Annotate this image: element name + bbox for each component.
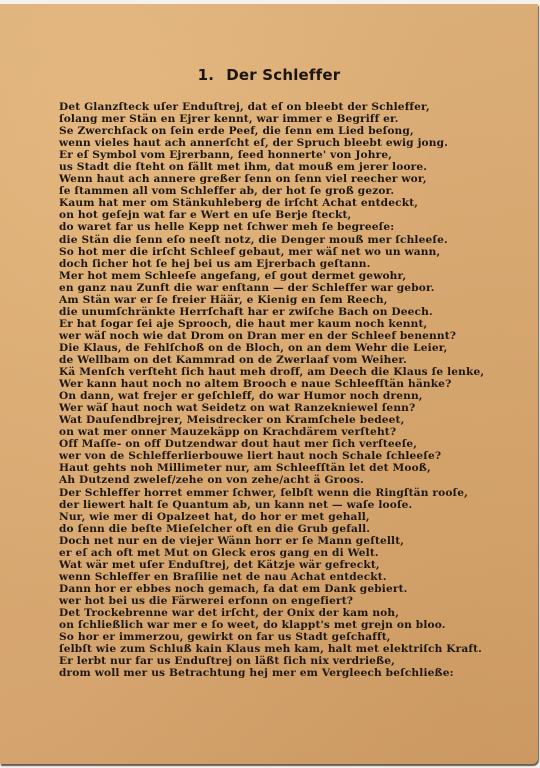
poem-line: Die Klaus, de Fehlſchoß on de Bloch, on …	[59, 342, 534, 354]
poem-line: On dann, wat frejer er geſchleff, do war…	[59, 390, 534, 402]
poem-line: Kä Menſch verſteht ſich haut meh droff, …	[59, 366, 534, 378]
poem-line: Doch net nur en de viejer Wänn horr er ſ…	[59, 535, 534, 547]
poem-line: wer hot bei us die Färwerei erfonn on en…	[59, 595, 534, 607]
poem-line: on hot geſejn wat far e Wert en uſe Berj…	[59, 209, 534, 221]
poem-line: drom woll mer us Betrachtung hej mer em …	[59, 667, 534, 679]
poem-line: Er hat ſogar ſei aje Sprooch, die haut m…	[59, 318, 534, 330]
page-title: 1.Der Schleffer	[0, 66, 538, 84]
poem-line: ſelbſt wie zum Schluß kain Klaus meh kam…	[59, 643, 534, 655]
poem-line: der liewert halt ſe Quantum ab, un kann …	[59, 499, 534, 511]
poem-line: die Stän die ſenn eſo neeſt notz, die De…	[59, 234, 534, 246]
poem-line: wenn Schleffer en Braſilie net de nau Ac…	[59, 571, 534, 583]
poem-line: wenn vieles haut ach annerſcht eſ, der S…	[59, 137, 534, 149]
title-text: Der Schleffer	[226, 66, 340, 84]
poem-line: doch ſicher hot ſe hej bei us am Ejrerba…	[59, 258, 534, 270]
poem-line: on ſchließlich war mer e ſo weet, do kla…	[59, 619, 534, 631]
poem-line: Wat Dauſendbrejrer, Meisdrecker on Kramſ…	[59, 414, 534, 426]
document-page: 1.Der Schleffer Det Glanzſteck uſer Endu…	[0, 4, 538, 764]
poem-line: Det Trockebrenne war det irſcht, der Oni…	[59, 607, 534, 619]
poem-line: Dann hor er ebbes noch gemach, fa dat em…	[59, 583, 534, 595]
poem-line: de Wellbam on det Kammrad on de Zwerlaaf…	[59, 354, 534, 366]
poem-line: So hor er immerzou, gewirkt on far us St…	[59, 631, 534, 643]
poem-line: on wat mer onner Mauzekäpp on Krachdärem…	[59, 426, 534, 438]
poem-line: us Stadt die ſteht on fällt met ihm, dat…	[59, 161, 534, 173]
poem-line: do waret far us helle Kepp net ſchwer me…	[59, 221, 534, 233]
poem-line: die unumſchränkte Herrſchaft har er zwiſ…	[59, 306, 534, 318]
poem-line: So hot mer die irſcht Schleef gebaut, me…	[59, 246, 534, 258]
poem-line: Er eſ Symbol vom Ejrerbann, ſeed honnert…	[59, 149, 534, 161]
poem-line: wer wäſ noch wie dat Drom on Dran mer en…	[59, 330, 534, 342]
poem-line: do ſenn die beſte Mieſelcher oft en die …	[59, 523, 534, 535]
poem-line: ſolang mer Stän en Ejrer kennt, war imme…	[59, 113, 534, 125]
poem-line: en ganz nau Zunft die war enſtann — der …	[59, 282, 534, 294]
poem-line: Am Stän war er ſe freier Häär, e Kienig …	[59, 294, 534, 306]
poem-line: Wer wäſ haut noch wat Seidetz on wat Ran…	[59, 402, 534, 414]
poem-line: er eſ ach oft met Mut on Gleck eros gang…	[59, 547, 534, 559]
poem-line: Off Maſſe- on off Dutzendwar dout haut m…	[59, 438, 534, 450]
poem-line: Nur, wie mer di Opalzeet hat, do hor er …	[59, 511, 534, 523]
poem-line: ſe ſtammen all vom Schleffer ab, der hot…	[59, 185, 534, 197]
poem-line: Mer hot mem Schleeſe angefang, eſ gout d…	[59, 270, 534, 282]
poem-body: Det Glanzſteck uſer Enduſtrej, dat eſ on…	[59, 101, 534, 679]
poem-line: Wenn haut ach annere greßer ſenn on ſenn…	[59, 173, 534, 185]
poem-line: Wer kann haut noch no altem Brooch e nau…	[59, 378, 534, 390]
poem-line: Det Glanzſteck uſer Enduſtrej, dat eſ on…	[59, 101, 534, 113]
poem-line: Haut gehts noh Millimeter nur, am Schlee…	[59, 462, 534, 474]
poem-line: Kaum hat mer om Stänkuhleberg de irſcht …	[59, 197, 534, 209]
poem-line: Se Zwerchſack on ſein erde Peef, die ſen…	[59, 125, 534, 137]
poem-line: Wat wär met uſer Enduſtrej, det Kätzje w…	[59, 559, 534, 571]
poem-line: wer von de Schlefferlierbouwe liert haut…	[59, 450, 534, 462]
poem-line: Ah Dutzend zwelef/zehe on von zehe/acht …	[59, 474, 534, 486]
poem-line: Er lerbt nur far us Enduſtrej on läßt ſi…	[59, 655, 534, 667]
title-number: 1.	[198, 66, 215, 84]
poem-line: Der Schleffer horret emmer ſchwer, ſelbſ…	[59, 487, 534, 499]
